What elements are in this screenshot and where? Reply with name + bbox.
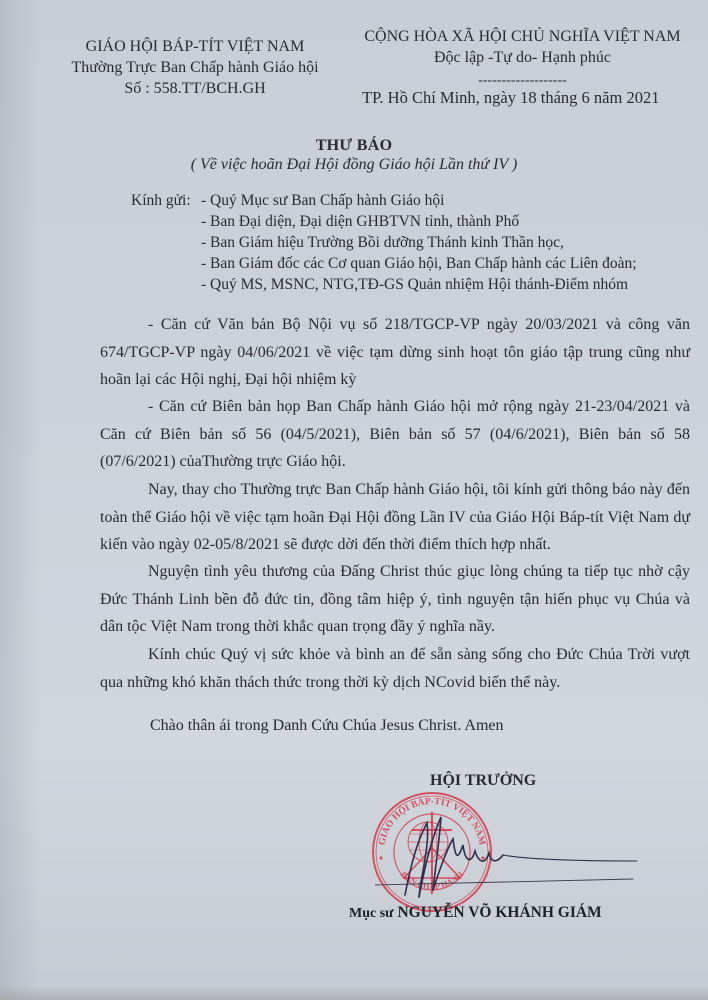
document-title: THƯ BÁO	[0, 137, 708, 155]
body-paragraph-announcement: Nay, thay cho Thường trực Ban Chấp hành …	[100, 476, 690, 559]
body-paragraph-legal-basis-1: - Căn cứ Văn bản Bộ Nội vụ số 218/TGCP-V…	[100, 311, 690, 394]
body-paragraph-wishes: Kính chúc Quý vị sức khỏe và bình an để …	[100, 641, 690, 696]
recipients-list: - Quý Mục sư Ban Chấp hành Giáo hội - Ba…	[131, 190, 637, 295]
recipient-item: - Ban Giám đốc các Cơ quan Giáo hội, Ban…	[201, 253, 637, 274]
recipients-block: Kính gửi: - Quý Mục sư Ban Chấp hành Giá…	[131, 190, 637, 295]
recipient-item: - Quý Mục sư Ban Chấp hành Giáo hội	[201, 190, 637, 211]
national-motto: Độc lập -Tự do- Hạnh phúc	[350, 47, 695, 68]
handwritten-signature-icon	[375, 805, 640, 915]
paragraph-text: Nguyện tình yêu thương của Đấng Christ t…	[100, 558, 690, 641]
signer-role: HỘI TRƯỞNG	[430, 772, 536, 790]
recipient-item: - Ban Giám hiệu Trường Bồi dưỡng Thánh k…	[201, 232, 637, 253]
signer-name: NGUYỄN VÕ KHÁNH GIÁM	[397, 904, 601, 921]
document-page: GIÁO HỘI BÁP-TÍT VIỆT NAM Thường Trực Ba…	[0, 0, 708, 1000]
paragraph-text: - Căn cứ Văn bản Bộ Nội vụ số 218/TGCP-V…	[100, 311, 690, 394]
document-subtitle: ( Về việc hoãn Đại Hội đồng Giáo hội Lần…	[0, 156, 708, 174]
document-date: TP. Hồ Chí Minh, ngày 18 tháng 6 năm 202…	[362, 88, 659, 108]
issuer-dept: Thường Trực Ban Chấp hành Giáo hội	[70, 57, 320, 78]
closing-greeting: Chào thân ái trong Danh Cứu Chúa Jesus C…	[150, 717, 504, 735]
page-edge	[0, 986, 708, 1000]
signer-name-block: Mục sư NGUYỄN VÕ KHÁNH GIÁM	[349, 904, 602, 922]
body-paragraph-prayer: Nguyện tình yêu thương của Đấng Christ t…	[100, 558, 690, 641]
signer-title: Mục sư	[349, 906, 394, 921]
recipient-item: - Quý MS, MSNC, NTG,TĐ-GS Quản nhiệm Hội…	[201, 274, 637, 295]
recipients-label: Kính gửi:	[131, 190, 191, 211]
country-name: CỘNG HÒA XÃ HỘI CHỦ NGHĨA VIỆT NAM	[350, 26, 695, 47]
national-header: CỘNG HÒA XÃ HỘI CHỦ NGHĨA VIỆT NAM Độc l…	[350, 26, 695, 91]
paragraph-text: Kính chúc Quý vị sức khỏe và bình an để …	[100, 641, 690, 696]
paragraph-text: Nay, thay cho Thường trực Ban Chấp hành …	[100, 476, 690, 559]
issuer-org: GIÁO HỘI BÁP-TÍT VIỆT NAM	[70, 36, 320, 57]
issuer-header: GIÁO HỘI BÁP-TÍT VIỆT NAM Thường Trực Ba…	[70, 36, 320, 99]
recipient-item: - Ban Đại diện, Đại diện GHBTVN tỉnh, th…	[201, 211, 637, 232]
paragraph-text: - Căn cứ Biên bản họp Ban Chấp hành Giáo…	[100, 393, 690, 476]
document-number: Số : 558.TT/BCH.GH	[70, 78, 320, 99]
body-paragraph-legal-basis-2: - Căn cứ Biên bản họp Ban Chấp hành Giáo…	[100, 393, 690, 476]
